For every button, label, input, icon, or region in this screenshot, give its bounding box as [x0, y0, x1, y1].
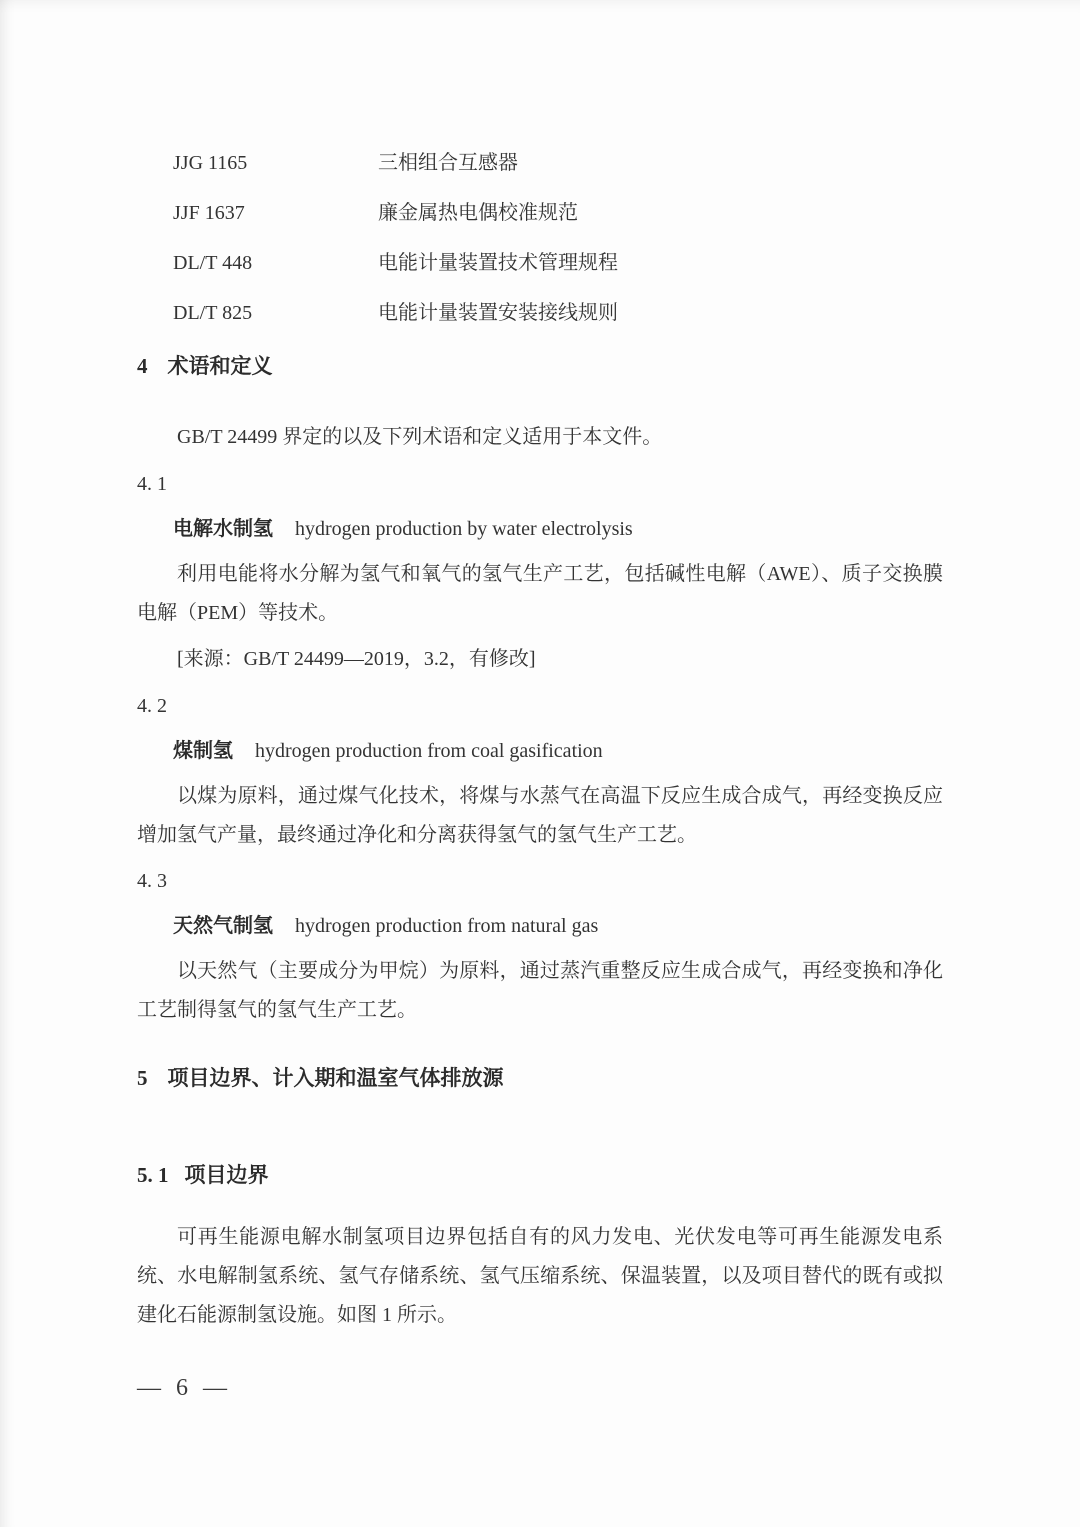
- reference-title: 廉金属热电偶校准规范: [378, 202, 943, 224]
- reference-item: JJF 1637 廉金属热电偶校准规范: [137, 202, 943, 224]
- reference-item: DL/T 448 电能计量装置技术管理规程: [137, 252, 943, 274]
- footer-dash-right: —: [203, 1375, 227, 1402]
- term-4-1-en: hydrogen production by water electrolysi…: [295, 517, 633, 541]
- reference-item: JJG 1165 三相组合互感器: [137, 152, 943, 174]
- term-4-2-title: 煤制氢 hydrogen production from coal gasifi…: [137, 739, 943, 763]
- section-4-number: 4: [137, 354, 148, 378]
- term-4-2-en: hydrogen production from coal gasificati…: [255, 739, 603, 763]
- reference-title: 电能计量装置技术管理规程: [378, 252, 943, 274]
- term-4-2-number: 4. 2: [137, 695, 943, 717]
- term-4-2-zh: 煤制氢: [173, 739, 233, 763]
- footer-dash-left: —: [137, 1375, 161, 1402]
- term-4-1-definition: 利用电能将水分解为氢气和氧气的氢气生产工艺，包括碱性电解（AWE）、质子交换膜电…: [137, 555, 943, 633]
- page-footer: — 6 —: [137, 1375, 943, 1402]
- document-page: JJG 1165 三相组合互感器 JJF 1637 廉金属热电偶校准规范 DL/…: [0, 0, 1080, 1527]
- normative-references-list: JJG 1165 三相组合互感器 JJF 1637 廉金属热电偶校准规范 DL/…: [137, 152, 943, 324]
- section-4-title: 术语和定义: [168, 355, 273, 379]
- section-5-title: 项目边界、计入期和温室气体排放源: [168, 1067, 504, 1091]
- term-4-1-number: 4. 1: [137, 473, 943, 495]
- section-5-number: 5: [137, 1066, 148, 1090]
- reference-code: JJF 1637: [173, 202, 378, 224]
- section-5-1-heading: 5. 1 项目边界: [137, 1163, 943, 1188]
- reference-code: JJG 1165: [173, 152, 378, 174]
- term-4-1-source: [来源：GB/T 24499—2019，3.2，有修改]: [137, 647, 943, 671]
- section-4-heading: 4 术语和定义: [137, 354, 943, 379]
- reference-code: DL/T 448: [173, 252, 378, 274]
- term-4-3-en: hydrogen production from natural gas: [295, 914, 598, 938]
- term-4-3-number: 4. 3: [137, 870, 943, 892]
- reference-title: 三相组合互感器: [378, 152, 943, 174]
- section-5-heading: 5 项目边界、计入期和温室气体排放源: [137, 1066, 943, 1091]
- page-number: 6: [176, 1375, 188, 1402]
- reference-item: DL/T 825 电能计量装置安装接线规则: [137, 302, 943, 324]
- section-5-1-title: 项目边界: [185, 1164, 269, 1188]
- reference-code: DL/T 825: [173, 302, 378, 324]
- term-4-3-zh: 天然气制氢: [173, 914, 273, 938]
- term-4-1-zh: 电解水制氢: [173, 517, 273, 541]
- term-4-1-title: 电解水制氢 hydrogen production by water elect…: [137, 517, 943, 541]
- section-5-1-paragraph: 可再生能源电解水制氢项目边界包括自有的风力发电、光伏发电等可再生能源发电系统、水…: [137, 1218, 943, 1335]
- section-4-intro: GB/T 24499 界定的以及下列术语和定义适用于本文件。: [137, 425, 943, 449]
- reference-title: 电能计量装置安装接线规则: [378, 302, 943, 324]
- term-4-3-title: 天然气制氢 hydrogen production from natural g…: [137, 914, 943, 938]
- term-4-2-definition: 以煤为原料，通过煤气化技术，将煤与水蒸气在高温下反应生成合成气，再经变换反应增加…: [137, 777, 943, 855]
- section-5-1-number: 5. 1: [137, 1163, 169, 1187]
- term-4-3-definition: 以天然气（主要成分为甲烷）为原料，通过蒸汽重整反应生成合成气，再经变换和净化工艺…: [137, 952, 943, 1030]
